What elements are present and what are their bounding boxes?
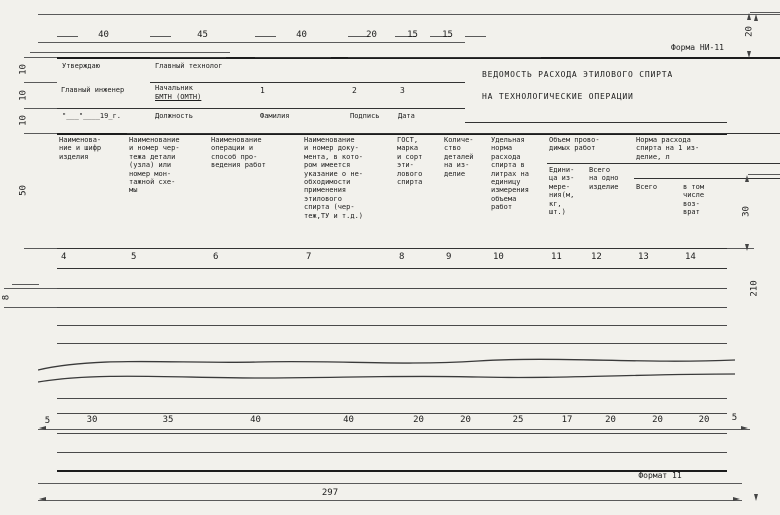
head-dept-label: БМТН (ОМТН) — [155, 93, 253, 101]
dim-width-label: 40 — [302, 414, 395, 426]
column-number: 13 — [638, 250, 677, 264]
grid-line — [4, 307, 57, 308]
grid-line — [634, 133, 780, 134]
dim-left-10b: 10 — [18, 86, 29, 106]
grid-line — [24, 82, 57, 83]
column-number: 11 — [551, 250, 583, 264]
header-group-volume: Объем прово- димых работ — [549, 136, 632, 153]
grid-line — [748, 174, 780, 175]
doc-title-line1: ВЕДОМОСТЬ РАСХОДА ЭТИЛОВОГО СПИРТА — [482, 70, 722, 80]
dim-top-label: 40 — [255, 29, 348, 41]
dim-width-label: 17 — [547, 414, 587, 426]
dim-width-label: 25 — [489, 414, 547, 426]
dim-width-label: 20 — [634, 414, 681, 426]
arrow-down-icon — [747, 51, 751, 58]
grid-line — [38, 42, 465, 43]
head-label: Начальник — [155, 84, 253, 92]
approve-label: Утверждаю — [62, 62, 148, 70]
grid-line — [465, 36, 486, 37]
signature-col-1: 1 — [260, 86, 280, 96]
column-number: 14 — [685, 250, 723, 264]
dim-left-50: 50 — [18, 181, 29, 201]
grid-line — [30, 52, 230, 53]
grid-line — [24, 108, 57, 109]
dim-width-label: 40 — [209, 414, 302, 426]
dim-top-label: 40 — [57, 29, 150, 41]
header-total-per-item: Всего на одно изделие — [589, 166, 632, 191]
dim-right-210: 210 — [749, 275, 760, 303]
dim-width-label: 20 — [587, 414, 634, 426]
signature-col-3: 3 — [400, 86, 420, 96]
dim-top-label: 15 — [430, 29, 465, 41]
header-product: Наименова- ние и шифр изделия — [59, 136, 125, 161]
column-number: 4 — [61, 250, 123, 264]
scanned-form-sheet: Форма НИ-11 Формат 11 Утверждаю Главный … — [0, 0, 780, 515]
arrow-up-icon — [745, 175, 749, 182]
grid-line — [465, 122, 727, 123]
dim-total-width: 297 — [295, 487, 365, 499]
header-quantity: Количе- ство деталей на из- делие — [444, 136, 487, 178]
column-number: 10 — [493, 250, 543, 264]
date-blank: "___"____19_г. — [62, 112, 148, 120]
grid-line — [57, 307, 727, 308]
grid-line — [727, 57, 780, 59]
grid-line — [57, 343, 727, 344]
dim-width-label: 30 — [57, 414, 127, 426]
header-gost: ГОСТ, марка и сорт эти- лового спирта — [397, 136, 440, 186]
grid-line — [255, 57, 331, 58]
column-number: 12 — [591, 250, 630, 264]
grid-line — [38, 483, 742, 484]
arrow-down-icon — [745, 244, 749, 251]
dim-right-30: 30 — [741, 201, 752, 223]
dim-width-label: 20 — [681, 414, 727, 426]
grid-line — [57, 268, 727, 269]
grid-line — [57, 288, 727, 289]
header-operation: Наименование операции и способ про- веде… — [211, 136, 300, 170]
grid-line — [57, 325, 727, 326]
grid-line — [757, 12, 780, 13]
doc-title-line2: НА ТЕХНОЛОГИЧЕСКИЕ ОПЕРАЦИИ — [482, 92, 722, 102]
grid-line — [24, 248, 57, 249]
header-total: Всего — [636, 183, 679, 191]
format-label: Формат 11 — [600, 471, 720, 481]
grid-line — [150, 57, 226, 58]
dim-top-label: 20 — [348, 29, 395, 41]
grid-line — [57, 452, 727, 453]
column-number: 8 — [399, 250, 438, 264]
column-number: 7 — [306, 250, 391, 264]
form-code: Форма НИ-11 — [590, 43, 724, 53]
column-number: 6 — [213, 250, 298, 264]
grid-line — [150, 82, 465, 83]
grid-line — [681, 178, 780, 179]
date-label: Дата — [398, 112, 428, 120]
dim-top-label: 15 — [395, 29, 430, 41]
arrow-up-icon — [754, 14, 758, 21]
chief-engineer-label: Главный инженер — [61, 86, 149, 94]
dim-width-label: 20 — [395, 414, 442, 426]
column-number: 9 — [446, 250, 485, 264]
grid-line — [38, 14, 529, 15]
header-group-norm: Норма расхода спирта на 1 из- делие, л — [636, 136, 725, 161]
arrow-up-icon — [747, 13, 751, 20]
dim-margin-left: 5 — [38, 415, 57, 427]
header-return: в том числе воз- врат — [683, 183, 725, 217]
dim-margin-right: 5 — [727, 412, 742, 424]
dim-top-label: 45 — [150, 29, 255, 41]
arrow-right-icon — [733, 497, 740, 501]
grid-line — [4, 288, 57, 289]
dim-left-8: 8 — [1, 289, 12, 307]
dim-width-label: 20 — [442, 414, 489, 426]
column-number: 5 — [131, 250, 205, 264]
grid-line — [24, 57, 57, 58]
surname-label: Фамилия — [260, 112, 346, 120]
header-unit-norm: Удельная норма расхода спирта в литрах н… — [491, 136, 545, 212]
grid-line — [587, 163, 780, 164]
chief-technologist-label: Главный технолог — [155, 62, 253, 70]
signature-label: Подпись — [350, 112, 394, 120]
position-label: Должность — [155, 112, 251, 120]
grid-line — [57, 108, 465, 109]
dim-width-label: 35 — [127, 414, 209, 426]
arrow-right-icon — [741, 426, 748, 430]
table-break-wave — [38, 348, 738, 388]
header-unit: Едини- ца из- мере- ния(м, кг, шт.) — [549, 166, 585, 216]
dim-left-10c: 10 — [18, 111, 29, 131]
header-document: Наименование и номер доку- мента, в кото… — [304, 136, 393, 220]
grid-line — [38, 500, 742, 501]
grid-line — [12, 284, 39, 285]
dim-right-20: 20 — [744, 21, 755, 43]
grid-line — [57, 433, 727, 434]
arrow-left-icon — [39, 497, 46, 501]
header-drawing: Наименование и номер чер- тежа детали (у… — [129, 136, 207, 195]
grid-line — [727, 248, 754, 249]
grid-line — [465, 57, 541, 58]
grid-line — [57, 248, 727, 249]
arrow-down-icon — [754, 494, 758, 501]
grid-line — [24, 133, 57, 134]
grid-line — [38, 429, 750, 430]
dim-left-10a: 10 — [18, 60, 29, 80]
grid-line — [57, 398, 727, 399]
signature-col-2: 2 — [352, 86, 372, 96]
